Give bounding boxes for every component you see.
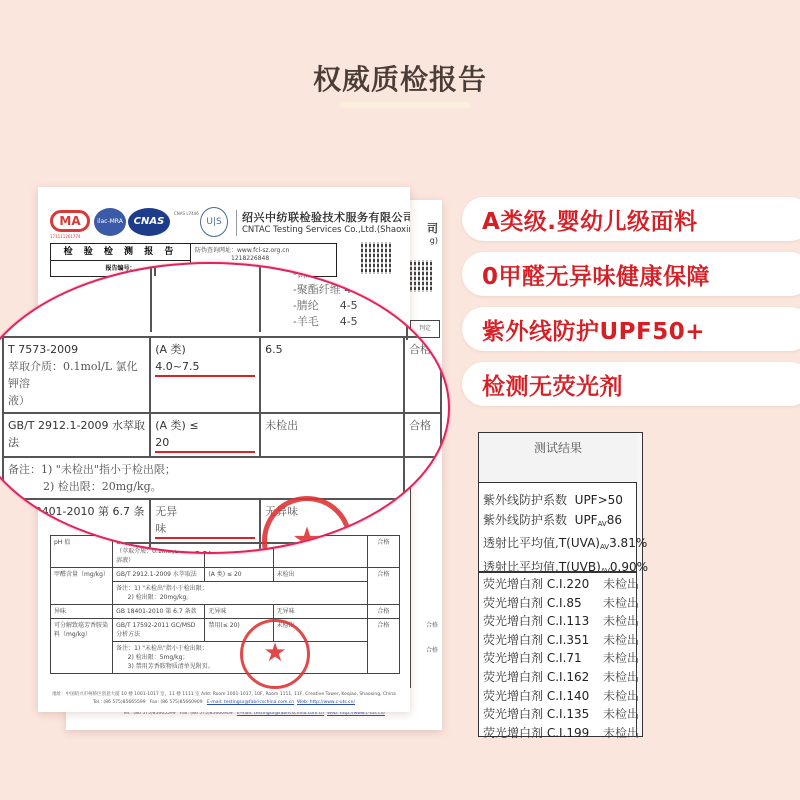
agent-result: 未检出 — [603, 631, 639, 650]
table-row: 可分解致癌芳香胺染料（mg/kg） GB/T 17592-2011 GC/MSD… — [51, 619, 400, 642]
agent-code: C.I.135 — [547, 707, 589, 721]
agent-code: C.I.199 — [547, 726, 589, 740]
magnified-table: T 7573-2009萃取介质：0.1mol/L 氯化钾溶液） (A 类) 4.… — [2, 336, 442, 554]
official-stamp: ★ — [240, 619, 310, 689]
org-name-cn: 绍兴中纺联检验技术服务有限公司 — [242, 209, 410, 225]
fluorescent-row: 荧光增白剂 C.I.351未检出 — [483, 631, 638, 650]
table-row: T 7573-2009萃取介质：0.1mol/L 氯化钾溶液） (A 类) 4.… — [3, 337, 441, 413]
highlight-pill: 检测无荧光剂 — [462, 362, 800, 406]
table-row: 甲醛含量（mg/kg） GB/T 2912.1-2009 水萃取法 (A 类) … — [51, 568, 400, 582]
fiber-results: -锦纶 4 -聚酯纤维 4-5 -腈纶 4-5 -羊毛 4-5 — [293, 266, 362, 330]
test-table: pH 值 GB/T 7573-2009（萃取介质：0.1mol/L 氯化钾溶液）… — [50, 535, 400, 674]
uv-row: 紫外线防护系数 UPFAV86 — [483, 511, 638, 535]
uv-results: 紫外线防护系数 UPF>50 紫外线防护系数 UPFAV86 透射比平均值,T(… — [483, 491, 638, 581]
ma-number: 171111261774 — [50, 234, 81, 239]
fluorescent-row: 荧光增白剂 C.I.113未检出 — [483, 612, 638, 631]
agent-result: 未检出 — [603, 649, 639, 668]
column-line — [259, 262, 261, 332]
cma-logo-icon: MA — [50, 210, 90, 232]
table-row: 备注：1) "未检出"指小于检出限； 2) 检出限：20mg/kg。 — [3, 457, 441, 499]
uv-row: 透射比平均值,T(UVA)AV3.81% — [483, 534, 638, 558]
agent-label: 荧光增白剂 — [483, 596, 543, 610]
org-name-en-fragment: g) — [430, 236, 438, 245]
divider — [479, 571, 637, 573]
fluorescent-row: 荧光增白剂 C.I.162未检出 — [483, 668, 638, 687]
uts-logo-icon: U|S — [200, 207, 228, 237]
table-row: GB/T 2912.1-2009 水萃取法 (A 类) ≤ 20 未检出 合格 — [3, 413, 441, 457]
table-row: 异味 GB 18401-2010 第 6.7 条款 无异味 无异味 合格 — [51, 605, 400, 619]
test-results-header: 测试结果 — [479, 433, 637, 483]
highlight-pill: 0甲醛无异味健康保障 — [462, 252, 800, 296]
ilac-mra-logo-icon: ilac-MRA — [94, 208, 126, 236]
agent-code: C.I.85 — [547, 596, 582, 610]
agent-code: C.I.220 — [547, 577, 589, 591]
agent-result: 未检出 — [603, 575, 639, 594]
title-underline — [340, 102, 470, 108]
agent-label: 荧光增白剂 — [483, 651, 543, 665]
highlight-pill: A类级.婴幼儿级面料 — [462, 197, 800, 241]
agent-result: 未检出 — [603, 668, 639, 687]
agent-label: 荧光增白剂 — [483, 689, 543, 703]
fluorescent-row: 荧光增白剂 C.I.220未检出 — [483, 575, 638, 594]
web-link[interactable]: Web: http://www.c-uts.cn/ — [297, 700, 355, 705]
cnas-logo-icon: CNAS — [128, 208, 170, 236]
fluorescent-row: 荧光增白剂 C.I.140未检出 — [483, 687, 638, 706]
agent-result: 未检出 — [603, 724, 639, 743]
agent-code: C.I.162 — [547, 670, 589, 684]
agent-label: 荧光增白剂 — [483, 577, 543, 591]
org-name-en: CNTAC Testing Services Co.,Ltd.(Shaoxing… — [242, 225, 410, 235]
cell-border — [56, 262, 156, 276]
agent-label: 荧光增白剂 — [483, 670, 543, 684]
doc-header: MA 171111261774 ilac-MRA CNAS CNAS L7446… — [50, 207, 400, 241]
agent-code: C.I.140 — [547, 689, 589, 703]
agent-code: C.I.113 — [547, 614, 589, 628]
cnas-text: CNAS L7446 — [174, 211, 204, 216]
star-icon: ★ — [243, 638, 307, 668]
anti-fake-url: 防伪查询网址：www.fcl-sz.org.cn — [195, 245, 289, 254]
column-line — [150, 262, 152, 332]
agent-label: 荧光增白剂 — [483, 707, 543, 721]
test-results-panel: 测试结果 紫外线防护系数 UPF>50 紫外线防护系数 UPFAV86 透射比平… — [478, 432, 643, 737]
agent-code: C.I.351 — [547, 633, 589, 647]
fluorescent-row: 荧光增白剂 C.I.199未检出 — [483, 724, 638, 743]
anti-fake-code: 1218226848 — [231, 255, 269, 262]
magnifier-lens: 判定 -锦纶 4 -聚酯纤维 4-5 -腈纶 4-5 -羊毛 4-5 T 757… — [0, 262, 450, 554]
agent-result: 未检出 — [603, 612, 639, 631]
doc-footer: 地址：中国绍兴市柯桥区创意大厦 10 楼 1001-1017 室，11 楼 11… — [38, 691, 410, 707]
fluorescent-row: 荧光增白剂 C.I.135未检出 — [483, 705, 638, 724]
report-title: 检 验 检 测 报 告 — [51, 244, 191, 261]
judgement-cell: 合格 — [426, 645, 438, 654]
uv-row: 紫外线防护系数 UPF>50 — [483, 491, 638, 511]
judgement-header: 判定 — [380, 278, 396, 289]
agent-result: 未检出 — [603, 705, 639, 724]
page-title: 权威质检报告 — [0, 58, 800, 98]
org-name-fragment: 司 — [427, 220, 438, 236]
email-link[interactable]: E-mail: testingsx@fabricschina.com.cn — [207, 700, 294, 705]
agent-label: 荧光增白剂 — [483, 633, 543, 647]
table-row: GB 18401-2010 第 6.7 条款 无异味 无异味 合格 — [3, 499, 441, 543]
agent-code: C.I.71 — [547, 651, 582, 665]
agent-label: 荧光增白剂 — [483, 726, 543, 740]
fluorescent-results: 荧光增白剂 C.I.220未检出荧光增白剂 C.I.85未检出荧光增白剂 C.I… — [483, 575, 638, 742]
star-icon: ★ — [267, 525, 347, 554]
agent-label: 荧光增白剂 — [483, 614, 543, 628]
column-line — [406, 280, 408, 340]
fluorescent-row: 荧光增白剂 C.I.71未检出 — [483, 649, 638, 668]
fluorescent-row: 荧光增白剂 C.I.85未检出 — [483, 594, 638, 613]
divider — [236, 210, 237, 236]
agent-result: 未检出 — [603, 687, 639, 706]
agent-result: 未检出 — [603, 594, 639, 613]
judgement-cell: 合格 — [426, 620, 438, 629]
highlight-pill: 紫外线防护UPF50+ — [462, 307, 800, 351]
